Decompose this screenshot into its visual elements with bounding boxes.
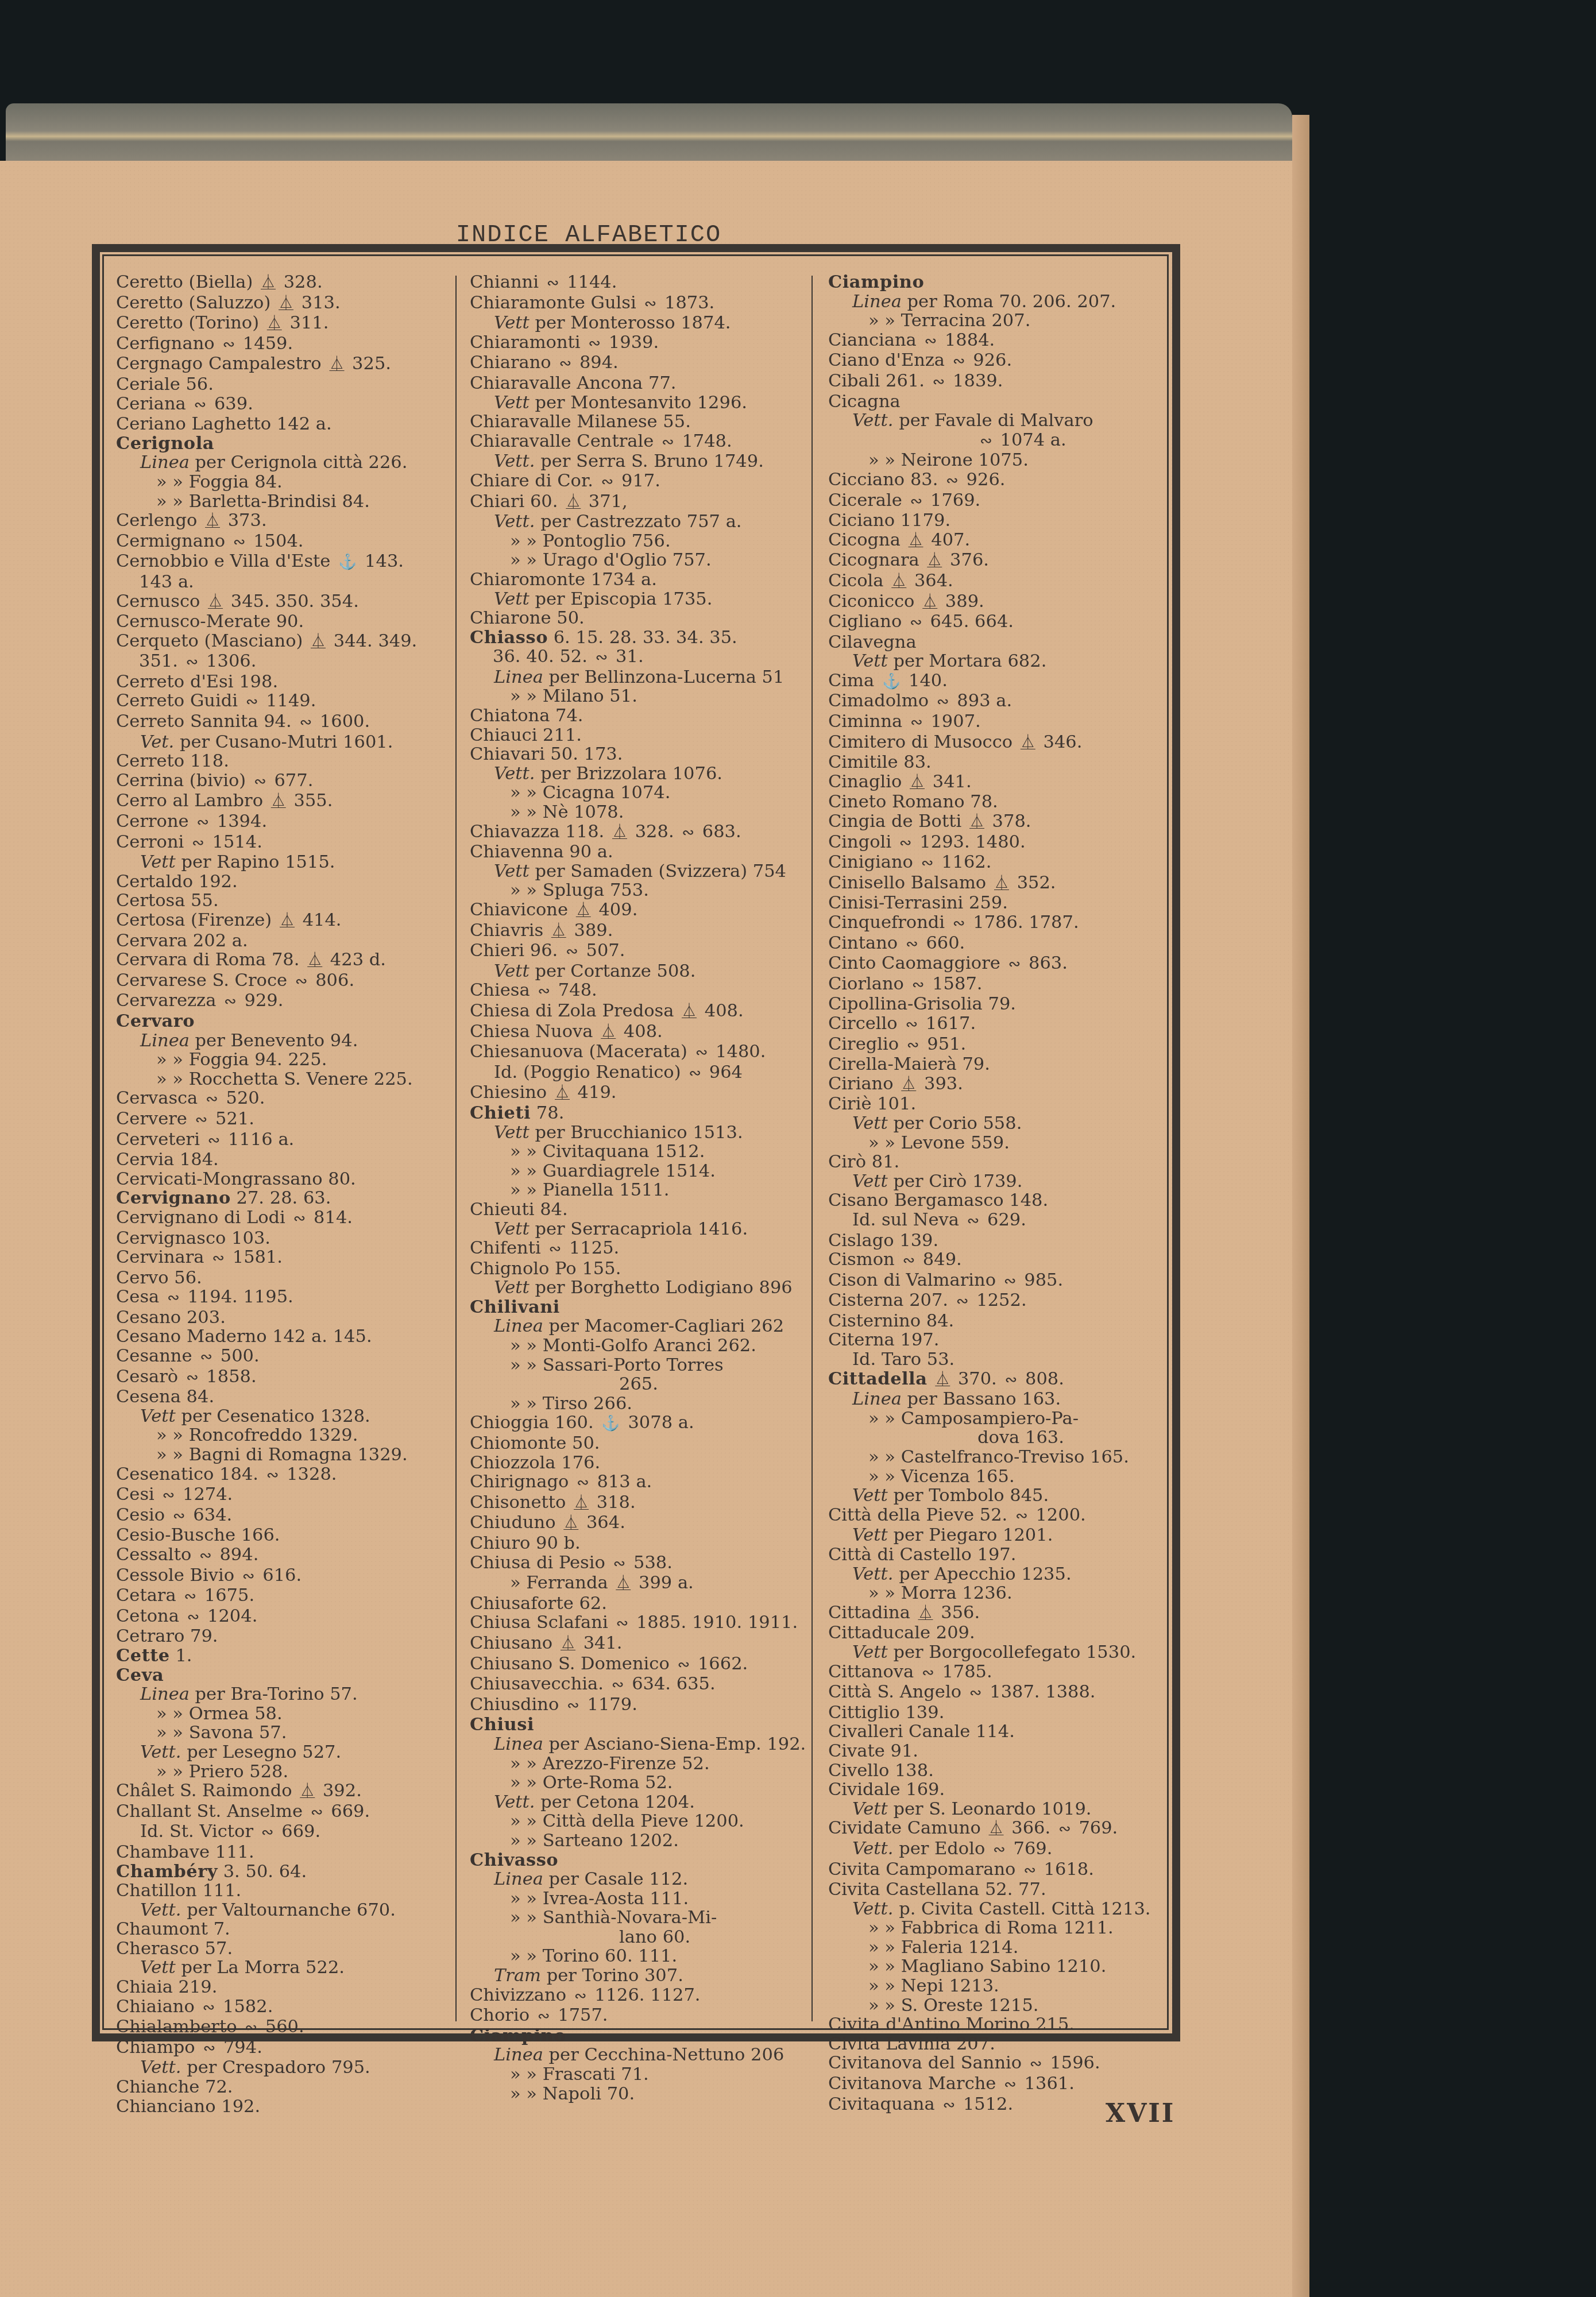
- station-icon: ⏅: [909, 532, 923, 551]
- station-icon: ⏅: [922, 593, 937, 613]
- entry-place-name: Chiusi: [470, 1714, 534, 1735]
- index-entry: Chieri 96. ∾ 507.: [470, 941, 814, 962]
- index-entry: Tram per Torino 307.: [470, 1966, 814, 1986]
- index-entry: Vett. per Favale di Malvaro: [828, 411, 1173, 431]
- entry-place-name: Chieti: [470, 1103, 531, 1123]
- station-icon: ⏅: [551, 922, 566, 942]
- carriage-icon: ∾: [186, 653, 199, 672]
- carriage-icon: ∾: [254, 772, 266, 792]
- carriage-icon: ∾: [173, 1507, 186, 1526]
- index-entry: Cigliano ∾ 645. 664.: [828, 612, 1173, 633]
- entry-mode-label: Linea: [852, 1389, 902, 1409]
- station-icon: ⏅: [208, 593, 223, 613]
- index-entry: Cesio ∾ 634.: [116, 1506, 461, 1526]
- entry-mode-label: Linea: [494, 667, 543, 687]
- index-entry: Cinto Caomaggiore ∾ 863.: [828, 954, 1173, 975]
- index-entry: lano 60.: [470, 1928, 814, 1947]
- index-entry: Ciminna ∾ 1907.: [828, 712, 1173, 733]
- index-entry: Cetraro 79.: [116, 1627, 461, 1646]
- carriage-icon: ∾: [689, 1064, 701, 1084]
- index-entry: Civita Castellana 52. 77.: [828, 1880, 1173, 1900]
- carriage-icon: ∾: [906, 935, 918, 954]
- carriage-icon: ∾: [200, 1348, 212, 1367]
- index-entry: Cisterna 207. ∾ 1252.: [828, 1291, 1173, 1312]
- carriage-icon: ∾: [937, 693, 949, 712]
- index-entry: Cerreto 118.: [116, 752, 461, 771]
- carriage-icon: ∾: [199, 1546, 212, 1566]
- index-entry: Chiare di Cor. ∾ 917.: [470, 471, 814, 492]
- index-entry: Civalleri Canale 114.: [828, 1722, 1173, 1742]
- index-entry: Ciorlano ∾ 1587.: [828, 975, 1173, 995]
- index-entry: Cesa ∾ 1194. 1195.: [116, 1287, 461, 1308]
- index-entry: Cerlengo ⏅ 373.: [116, 511, 461, 532]
- carriage-icon: ∾: [1004, 1272, 1017, 1291]
- index-entry: Chirignago ∾ 813 a.: [470, 1472, 814, 1493]
- entry-mode-label: Vett: [140, 1406, 176, 1426]
- station-icon: ⏅: [555, 1084, 570, 1104]
- index-entry: Linea per Roma 70. 206. 207.: [828, 292, 1173, 312]
- index-entry: Chivizzano ∾ 1126. 1127.: [470, 1986, 814, 2006]
- index-entry: Chiaravalle Ancona 77.: [470, 374, 814, 393]
- entry-mode-label: Vett: [494, 313, 530, 333]
- index-entry: ∾ 1074 a.: [828, 431, 1173, 451]
- index-entry: Chiuduno ⏅ 364.: [470, 1513, 814, 1534]
- index-entry: Citerna 197.: [828, 1331, 1173, 1350]
- carriage-icon: ∾: [1030, 2055, 1042, 2074]
- entry-mode-label: Vett: [852, 1486, 888, 1506]
- entry-mode-label: Vett.: [852, 411, 893, 431]
- station-icon: ⏅: [682, 1003, 697, 1022]
- index-entry: Cerveteri ∾ 1116 a.: [116, 1130, 461, 1151]
- index-entry: Chiesanuova (Macerata) ∾ 1480.: [470, 1042, 814, 1063]
- index-entry: » » Foggia 84.: [116, 473, 461, 492]
- index-entry: Vett per Mortara 682.: [828, 652, 1173, 671]
- anchor-icon: ⚓: [601, 1414, 620, 1434]
- index-entry: Cittadella ⏅ 370. ∾ 808.: [828, 1370, 1173, 1390]
- station-icon: ⏅: [574, 1494, 589, 1514]
- entry-mode-label: Vett.: [852, 1564, 893, 1584]
- index-entry: Cividale 169.: [828, 1780, 1173, 1800]
- index-entry: Cislago 139.: [828, 1231, 1173, 1251]
- index-entry: Cervignasco 103.: [116, 1229, 461, 1248]
- index-entry: Chiavris ⏅ 389.: [470, 921, 814, 942]
- index-entry: Cetona ∾ 1204.: [116, 1607, 461, 1627]
- index-entry: Vett per Cortanze 508.: [470, 962, 814, 981]
- carriage-icon: ∾: [899, 834, 912, 853]
- index-entry: Cisternino 84.: [828, 1312, 1173, 1331]
- entry-place-name: Cervaro: [116, 1011, 195, 1031]
- index-entry: Città S. Angelo ∾ 1387. 1388.: [828, 1683, 1173, 1703]
- index-entry: Cessalto ∾ 894.: [116, 1545, 461, 1566]
- carriage-icon: ∾: [245, 2018, 257, 2038]
- carriage-icon: ∾: [224, 992, 237, 1012]
- index-entry: Città della Pieve 52. ∾ 1200.: [828, 1506, 1173, 1526]
- entry-mode-label: Vett: [852, 651, 888, 671]
- index-entry: » » Sarteano 1202.: [470, 1831, 814, 1851]
- index-entry: Chiesino ⏅ 419.: [470, 1083, 814, 1104]
- station-icon: ⏅: [616, 1575, 631, 1594]
- carriage-icon: ∾: [980, 432, 992, 451]
- entry-mode-label: Linea: [494, 1734, 543, 1754]
- station-icon: ⏅: [311, 633, 326, 652]
- entry-mode-label: Tram: [494, 1966, 541, 1986]
- index-entry: Civita Campomarano ∾ 1618.: [828, 1860, 1173, 1881]
- index-entry: » » Città della Pieve 1200.: [470, 1812, 814, 1831]
- carriage-icon: ∾: [261, 1823, 274, 1843]
- station-icon: ⏅: [205, 512, 220, 532]
- carriage-icon: ∾: [195, 1111, 208, 1130]
- entry-mode-label: Vett.: [494, 512, 535, 532]
- index-entry: Ceriale 56.: [116, 375, 461, 395]
- index-entry: Vett per Tombolo 845.: [828, 1486, 1173, 1506]
- entry-mode-label: Vett: [140, 852, 176, 872]
- index-entry: Cicola ⏅ 364.: [828, 571, 1173, 592]
- index-entry: Cianciana ∾ 1884.: [828, 331, 1173, 351]
- entry-mode-label: Vett.: [494, 764, 535, 784]
- index-entry: dova 163.: [828, 1428, 1173, 1448]
- carriage-icon: ∾: [921, 854, 934, 873]
- index-entry: Vett. per Brizzolara 1076.: [470, 764, 814, 784]
- index-entry: Cerignola: [116, 434, 461, 454]
- index-entry: Cicciano 83. ∾ 926.: [828, 470, 1173, 491]
- index-entry: » » Roncofreddo 1329.: [116, 1426, 461, 1445]
- index-entry: Chiozzola 176.: [470, 1453, 814, 1473]
- index-entry: 143 a.: [116, 573, 461, 592]
- carriage-icon: ∾: [242, 1567, 255, 1587]
- index-entry: » » Nè 1078.: [470, 803, 814, 822]
- index-entry: Cernusco ⏅ 345. 350. 354.: [116, 592, 461, 613]
- station-icon: ⏅: [267, 315, 282, 334]
- index-entry: Cinquefrondi ∾ 1786. 1787.: [828, 913, 1173, 934]
- carriage-icon: ∾: [206, 1090, 218, 1109]
- entry-mode-label: Vett.: [852, 1839, 893, 1859]
- index-entry: » » Fabbrica di Roma 1211.: [828, 1919, 1173, 1938]
- index-entry: Ciampino: [470, 2027, 814, 2046]
- station-icon: ⏅: [1021, 734, 1035, 753]
- index-entry: Chiomonte 50.: [470, 1434, 814, 1453]
- index-entry: Cesenatico 184. ∾ 1328.: [116, 1465, 461, 1486]
- index-entry: Chianciano 192.: [116, 2097, 461, 2117]
- index-entry: 265.: [470, 1375, 814, 1394]
- index-entry: Vett. per Crespadoro 795.: [116, 2058, 461, 2078]
- index-entry: Vett. per Valtournanche 670.: [116, 1901, 461, 1920]
- index-entry: Ceretto (Saluzzo) ⏅ 313.: [116, 293, 461, 314]
- index-entry: Cette 1.: [116, 1646, 461, 1666]
- index-entry: Cittiglio 139.: [828, 1703, 1173, 1723]
- index-entry: Id. sul Neva ∾ 629.: [828, 1211, 1173, 1231]
- station-icon: ⏅: [910, 774, 925, 793]
- entry-place-name: Ciampino: [470, 2025, 566, 2046]
- index-entry: Civita Lavinia 207.: [828, 2035, 1173, 2054]
- index-entry: » » Savona 57.: [116, 1723, 461, 1743]
- index-entry: Cimitile 83.: [828, 753, 1173, 772]
- carriage-icon: ∾: [566, 942, 578, 962]
- index-entry: Circello ∾ 1617.: [828, 1014, 1173, 1035]
- carriage-icon: ∾: [902, 1251, 915, 1271]
- index-entry: Ceva: [116, 1666, 461, 1685]
- index-entry: Cervignano 27. 28. 63.: [116, 1189, 461, 1208]
- index-entry: Ciano d'Enza ∾ 926.: [828, 351, 1173, 372]
- index-entry: Cervara 202 a.: [116, 931, 461, 951]
- index-entry: Chiesa ∾ 748.: [470, 981, 814, 1001]
- index-entry: » » Castelfranco-Treviso 165.: [828, 1448, 1173, 1467]
- index-entry: Vett per Monterosso 1874.: [470, 314, 814, 333]
- station-icon: ⏅: [300, 1782, 315, 1802]
- index-entry: Certosa 55.: [116, 891, 461, 911]
- carriage-icon: ∾: [1008, 955, 1021, 975]
- carriage-icon: ∾: [946, 471, 959, 491]
- index-entry: Cittanova ∾ 1785.: [828, 1662, 1173, 1683]
- index-entry: Cesi ∾ 1274.: [116, 1485, 461, 1506]
- index-entry: Cervaro: [116, 1012, 461, 1031]
- index-entry: Vett per Borgocollefegato 1530.: [828, 1643, 1173, 1662]
- index-entry: Cisano Bergamasco 148.: [828, 1191, 1173, 1211]
- index-entry: Cessole Bivio ∾ 616.: [116, 1566, 461, 1587]
- carriage-icon: ∾: [588, 334, 601, 354]
- station-icon: ⏅: [612, 823, 627, 843]
- entry-place-name: Chambéry: [116, 1861, 218, 1882]
- index-entry: Cervo 56.: [116, 1269, 461, 1288]
- index-entry: Civitanova del Sannio ∾ 1596.: [828, 2054, 1173, 2074]
- index-entry: Cervia 184.: [116, 1150, 461, 1170]
- carriage-icon: ∾: [953, 352, 965, 372]
- carriage-icon: ∾: [574, 1987, 587, 2006]
- index-entry: Linea per Cerignola città 226.: [116, 453, 461, 473]
- carriage-icon: ∾: [907, 1036, 919, 1055]
- index-entry: Cingia de Botti ⏅ 378.: [828, 812, 1173, 833]
- entry-mode-label: Vett: [494, 1123, 530, 1143]
- index-entry: Chiusa di Pesio ∾ 538.: [470, 1553, 814, 1574]
- index-entry: Linea per Benevento 94.: [116, 1031, 461, 1051]
- index-entry: Chivasso: [470, 1851, 814, 1870]
- index-entry: Civitanova Marche ∾ 1361.: [828, 2074, 1173, 2095]
- carriage-icon: ∾: [924, 332, 937, 351]
- index-entry: Chiaia 219.: [116, 1978, 461, 1997]
- index-entry: Chiauci 211.: [470, 726, 814, 745]
- entry-mode-label: Linea: [140, 1031, 190, 1051]
- index-entry: Chaumont 7.: [116, 1920, 461, 1939]
- index-entry: Chiusano S. Domenico ∾ 1662.: [470, 1654, 814, 1675]
- carriage-icon: ∾: [613, 1554, 626, 1574]
- carriage-icon: ∾: [1058, 1820, 1071, 1839]
- index-entry: Vett. per Edolo ∾ 769.: [828, 1839, 1173, 1860]
- index-entry: Chiavicone ⏅ 409.: [470, 900, 814, 921]
- carriage-icon: ∾: [222, 335, 235, 355]
- index-entry: Cismon ∾ 849.: [828, 1250, 1173, 1271]
- index-entry: Vett per Serracapriola 1416.: [470, 1220, 814, 1239]
- index-entry: Linea per Casale 112.: [470, 1870, 814, 1889]
- index-entry: Chiusi: [470, 1715, 814, 1735]
- entry-mode-label: Linea: [140, 453, 190, 473]
- index-entry: Cerrina (bivio) ∾ 677.: [116, 771, 461, 792]
- index-entry: Cinaglio ⏅ 341.: [828, 772, 1173, 793]
- carriage-icon: ∾: [203, 2039, 215, 2059]
- index-entry: Chambéry 3. 50. 64.: [116, 1862, 461, 1882]
- index-entry: Cesano Maderno 142 a. 145.: [116, 1327, 461, 1347]
- index-entry: Cerfignano ∾ 1459.: [116, 334, 461, 355]
- index-column-3: CiampinoLinea per Roma 70. 206. 207.» » …: [828, 273, 1173, 2115]
- index-entry: Cineto Romano 78.: [828, 792, 1173, 812]
- carriage-icon: ∾: [616, 1614, 628, 1634]
- station-icon: ⏅: [601, 1023, 616, 1043]
- carriage-icon: ∾: [933, 373, 945, 392]
- index-entry: Chisonetto ⏅ 318.: [470, 1493, 814, 1514]
- index-entry: Chiaiano ∾ 1582.: [116, 1997, 461, 2018]
- index-entry: Cerreto d'Esi 198.: [116, 672, 461, 692]
- carriage-icon: ∾: [167, 1289, 180, 1308]
- index-entry: Chilivani: [470, 1298, 814, 1317]
- index-entry: Vet. per Cusano-Mutri 1601.: [116, 733, 461, 752]
- carriage-icon: ∾: [567, 1696, 579, 1716]
- carriage-icon: ∾: [266, 1466, 279, 1486]
- entry-mode-label: Vett: [140, 1958, 176, 1978]
- index-entry: Vett per Rapino 1515.: [116, 853, 461, 872]
- index-entry: Vett per Cirò 1739.: [828, 1172, 1173, 1192]
- entry-mode-label: Vett.: [140, 2058, 181, 2078]
- index-entry: Cherasco 57.: [116, 1939, 461, 1959]
- station-icon: ⏅: [329, 355, 344, 375]
- index-entry: Chiarano ∾ 894.: [470, 353, 814, 374]
- index-entry: Vett per Piegaro 1201.: [828, 1526, 1173, 1545]
- carriage-icon: ∾: [912, 976, 925, 995]
- index-entry: Cirò 81.: [828, 1153, 1173, 1172]
- index-entry: Cervignano di Lodi ∾ 814.: [116, 1208, 461, 1229]
- station-icon: ⏅: [901, 1076, 916, 1095]
- entry-mode-label: Linea: [494, 1869, 543, 1889]
- carriage-icon: ∾: [969, 1684, 982, 1703]
- station-icon: ⏅: [279, 295, 293, 314]
- index-entry: Cesena 84.: [116, 1387, 461, 1407]
- index-entry: Challant St. Anselme ∾ 669.: [116, 1802, 461, 1823]
- index-entry: » » Magliano Sabino 1210.: [828, 1957, 1173, 1977]
- station-icon: ⏅: [307, 952, 322, 971]
- entry-mode-label: Vett.: [494, 451, 535, 471]
- index-entry: Ceriana ∾ 639.: [116, 395, 461, 415]
- index-entry: Chiaravalle Milanese 55.: [470, 412, 814, 432]
- carriage-icon: ∾: [1005, 1371, 1018, 1390]
- index-entry: Cinigiano ∾ 1162.: [828, 853, 1173, 873]
- entry-place-name: Chivasso: [470, 1850, 558, 1870]
- index-entry: Chatillon 111.: [116, 1881, 461, 1901]
- index-entry: Certaldo 192.: [116, 872, 461, 892]
- index-entry: Chiaromonte 1734 a.: [470, 570, 814, 590]
- entry-mode-label: Linea: [140, 1684, 190, 1704]
- index-entry: Vett. per Apecchio 1235.: [828, 1565, 1173, 1584]
- carriage-icon: ∾: [967, 1212, 980, 1231]
- index-entry: Cividate Camuno ⏅ 366. ∾ 769.: [828, 1819, 1173, 1839]
- index-entry: Linea per Bellinzona-Lucerna 51: [470, 668, 814, 687]
- index-entry: Certosa (Firenze) ⏅ 414.: [116, 911, 461, 931]
- index-entry: Ciriè 101.: [828, 1095, 1173, 1114]
- index-entry: Chambave 111.: [116, 1843, 461, 1862]
- carriage-icon: ∾: [644, 295, 656, 314]
- index-entry: » » Morra 1236.: [828, 1584, 1173, 1603]
- station-icon: ⏅: [891, 573, 906, 592]
- index-entry: Cerroni ∾ 1514.: [116, 833, 461, 853]
- index-entry: Vett. per Castrezzato 757 a.: [470, 512, 814, 532]
- index-entry: Cintano ∾ 660.: [828, 934, 1173, 954]
- carriage-icon: ∾: [662, 433, 674, 453]
- carriage-icon: ∾: [1015, 1507, 1028, 1526]
- index-entry: Chiusavecchia. ∾ 634. 635.: [470, 1675, 814, 1695]
- index-entry: Cicagna: [828, 392, 1173, 412]
- index-entry: » » Orte-Roma 52.: [470, 1773, 814, 1793]
- index-entry: Chiusaforte 62.: [470, 1594, 814, 1614]
- index-entry: Chiampo ∾ 794.: [116, 2038, 461, 2059]
- index-entry: Cerqueto (Masciano) ⏅ 344. 349.: [116, 632, 461, 652]
- carriage-icon: ∾: [1004, 2075, 1017, 2095]
- index-entry: Cicognara ⏅ 376.: [828, 551, 1173, 571]
- index-entry: Chiari 60. ⏅ 371,: [470, 492, 814, 513]
- index-entry: Vett per Samaden (Svizzera) 754: [470, 862, 814, 881]
- carriage-icon: ∾: [547, 274, 559, 293]
- index-entry: » » Bagni di Romagna 1329.: [116, 1445, 461, 1465]
- carriage-icon: ∾: [299, 713, 312, 733]
- carriage-icon: ∾: [682, 823, 694, 843]
- entry-mode-label: Vett: [494, 589, 530, 609]
- index-entry: Cipollina-Grisolia 79.: [828, 995, 1173, 1014]
- station-icon: ⏅: [576, 902, 591, 921]
- carriage-icon: ∾: [577, 1474, 589, 1493]
- entry-mode-label: Vett.: [140, 1900, 181, 1920]
- index-entry: Cittaducale 209.: [828, 1623, 1173, 1643]
- index-entry: Cinisello Balsamo ⏅ 352.: [828, 873, 1173, 894]
- carriage-icon: ∾: [910, 713, 923, 733]
- index-entry: Ciconicco ⏅ 389.: [828, 592, 1173, 613]
- entry-mode-label: Vett: [494, 393, 530, 413]
- index-entry: » » Guardiagrele 1514.: [470, 1162, 814, 1181]
- index-entry: Cinisi-Terrasini 259.: [828, 894, 1173, 913]
- index-entry: » » Neirone 1075.: [828, 451, 1173, 470]
- index-entry: » » Barletta-Brindisi 84.: [116, 492, 461, 512]
- index-entry: Ciciano 1179.: [828, 511, 1173, 531]
- index-entry: Cison di Valmarino ∾ 985.: [828, 1271, 1173, 1291]
- index-entry: » » Ormea 58.: [116, 1704, 461, 1724]
- index-entry: Cimitero di Musocco ⏅ 346.: [828, 733, 1173, 753]
- station-icon: ⏅: [271, 792, 286, 812]
- index-entry: » » Urago d'Oglio 757.: [470, 551, 814, 570]
- index-entry: » » Arezzo-Firenze 52.: [470, 1754, 814, 1774]
- carriage-icon: ∾: [311, 1803, 323, 1823]
- index-entry: Cicogna ⏅ 407.: [828, 531, 1173, 551]
- carriage-icon: ∾: [993, 1840, 1006, 1860]
- index-entry: Cervinara ∾ 1581.: [116, 1248, 461, 1269]
- entry-mode-label: Linea: [494, 2045, 543, 2065]
- index-entry: » » S. Oreste 1215.: [828, 1996, 1173, 2016]
- index-entry: » » Civitaquana 1512.: [470, 1142, 814, 1162]
- station-icon: ⏅: [989, 1820, 1004, 1839]
- entry-mode-label: Vett: [852, 1171, 888, 1192]
- index-entry: Civita d'Antino Morino 215.: [828, 2015, 1173, 2035]
- station-icon: ⏅: [918, 1604, 933, 1624]
- index-entry: Vett. p. Civita Castell. Città 1213.: [828, 1900, 1173, 1919]
- entry-place-name: Ciampino: [828, 272, 924, 292]
- index-entry: Vett per Corio 558.: [828, 1114, 1173, 1134]
- entry-mode-label: Vett: [494, 961, 530, 981]
- carriage-icon: ∾: [184, 1587, 196, 1607]
- index-entry: Città di Castello 197.: [828, 1545, 1173, 1565]
- index-entry: Cervarezza ∾ 929.: [116, 991, 461, 1012]
- carriage-icon: ∾: [910, 492, 923, 512]
- index-entry: Cima ⚓ 140.: [828, 671, 1173, 692]
- index-entry: Ceretto (Torino) ⏅ 311.: [116, 314, 461, 334]
- entry-mode-label: Vett: [494, 1278, 530, 1298]
- entry-mode-label: Vett.: [140, 1742, 181, 1762]
- index-entry: Cervere ∾ 521.: [116, 1109, 461, 1130]
- anchor-icon: ⚓: [882, 672, 901, 692]
- index-entry: Vett per La Morra 522.: [116, 1958, 461, 1978]
- station-icon: ⏅: [261, 274, 276, 293]
